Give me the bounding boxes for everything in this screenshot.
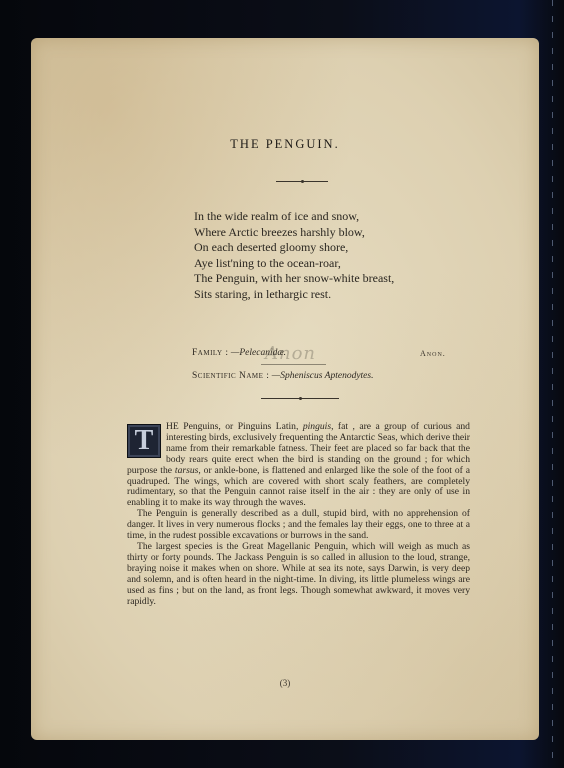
ornament-rule-middle [261, 398, 339, 399]
antique-card-page: THE PENGUIN. In the wide realm of ice an… [31, 38, 539, 740]
poem-attribution: Anon. [420, 349, 446, 358]
family-label: Family : [192, 348, 229, 358]
paragraph-1-text-a: HE Penguins, or Pinguins Latin, [166, 421, 303, 432]
poem: In the wide realm of ice and snow, Where… [194, 209, 394, 303]
poem-line-2: Where Arctic breezes harshly blow, [194, 225, 394, 241]
scientific-name-value: —Spheniscus Aptenodytes. [272, 371, 374, 381]
latin-word-pinguis: pinguis [303, 421, 331, 432]
page-title: THE PENGUIN. [31, 137, 539, 152]
ornament-dot [299, 397, 302, 400]
poem-line-4: Aye list'ning to the ocean-roar, [194, 256, 394, 272]
paragraph-2: The Penguin is generally described as a … [127, 509, 470, 542]
article-body: THE Penguins, or Pinguins Latin, pinguis… [127, 422, 470, 607]
ornament-dot [301, 180, 304, 183]
page-number: (3) [31, 678, 539, 688]
poem-line-6: Sits staring, in lethargic rest. [194, 287, 394, 303]
paragraph-1: THE Penguins, or Pinguins Latin, pinguis… [127, 422, 470, 509]
term-tarsus: tarsus [175, 465, 198, 476]
ornament-rule-top [276, 181, 328, 182]
ornamental-dropcap: T [127, 424, 161, 458]
family-value: —Pelecanidæ. [231, 348, 286, 358]
family-line: Family : —Pelecanidæ. [192, 348, 286, 358]
binder-stitch-edge [552, 0, 553, 768]
scientific-name-label: Scientific Name : [192, 371, 269, 381]
poem-line-1: In the wide realm of ice and snow, [194, 209, 394, 225]
poem-line-5: The Penguin, with her snow-white breast, [194, 271, 394, 287]
poem-line-3: On each deserted gloomy shore, [194, 240, 394, 256]
paragraph-3: The largest species is the Great Magella… [127, 542, 470, 607]
scientific-name-line: Scientific Name : —Spheniscus Aptenodyte… [192, 371, 373, 381]
